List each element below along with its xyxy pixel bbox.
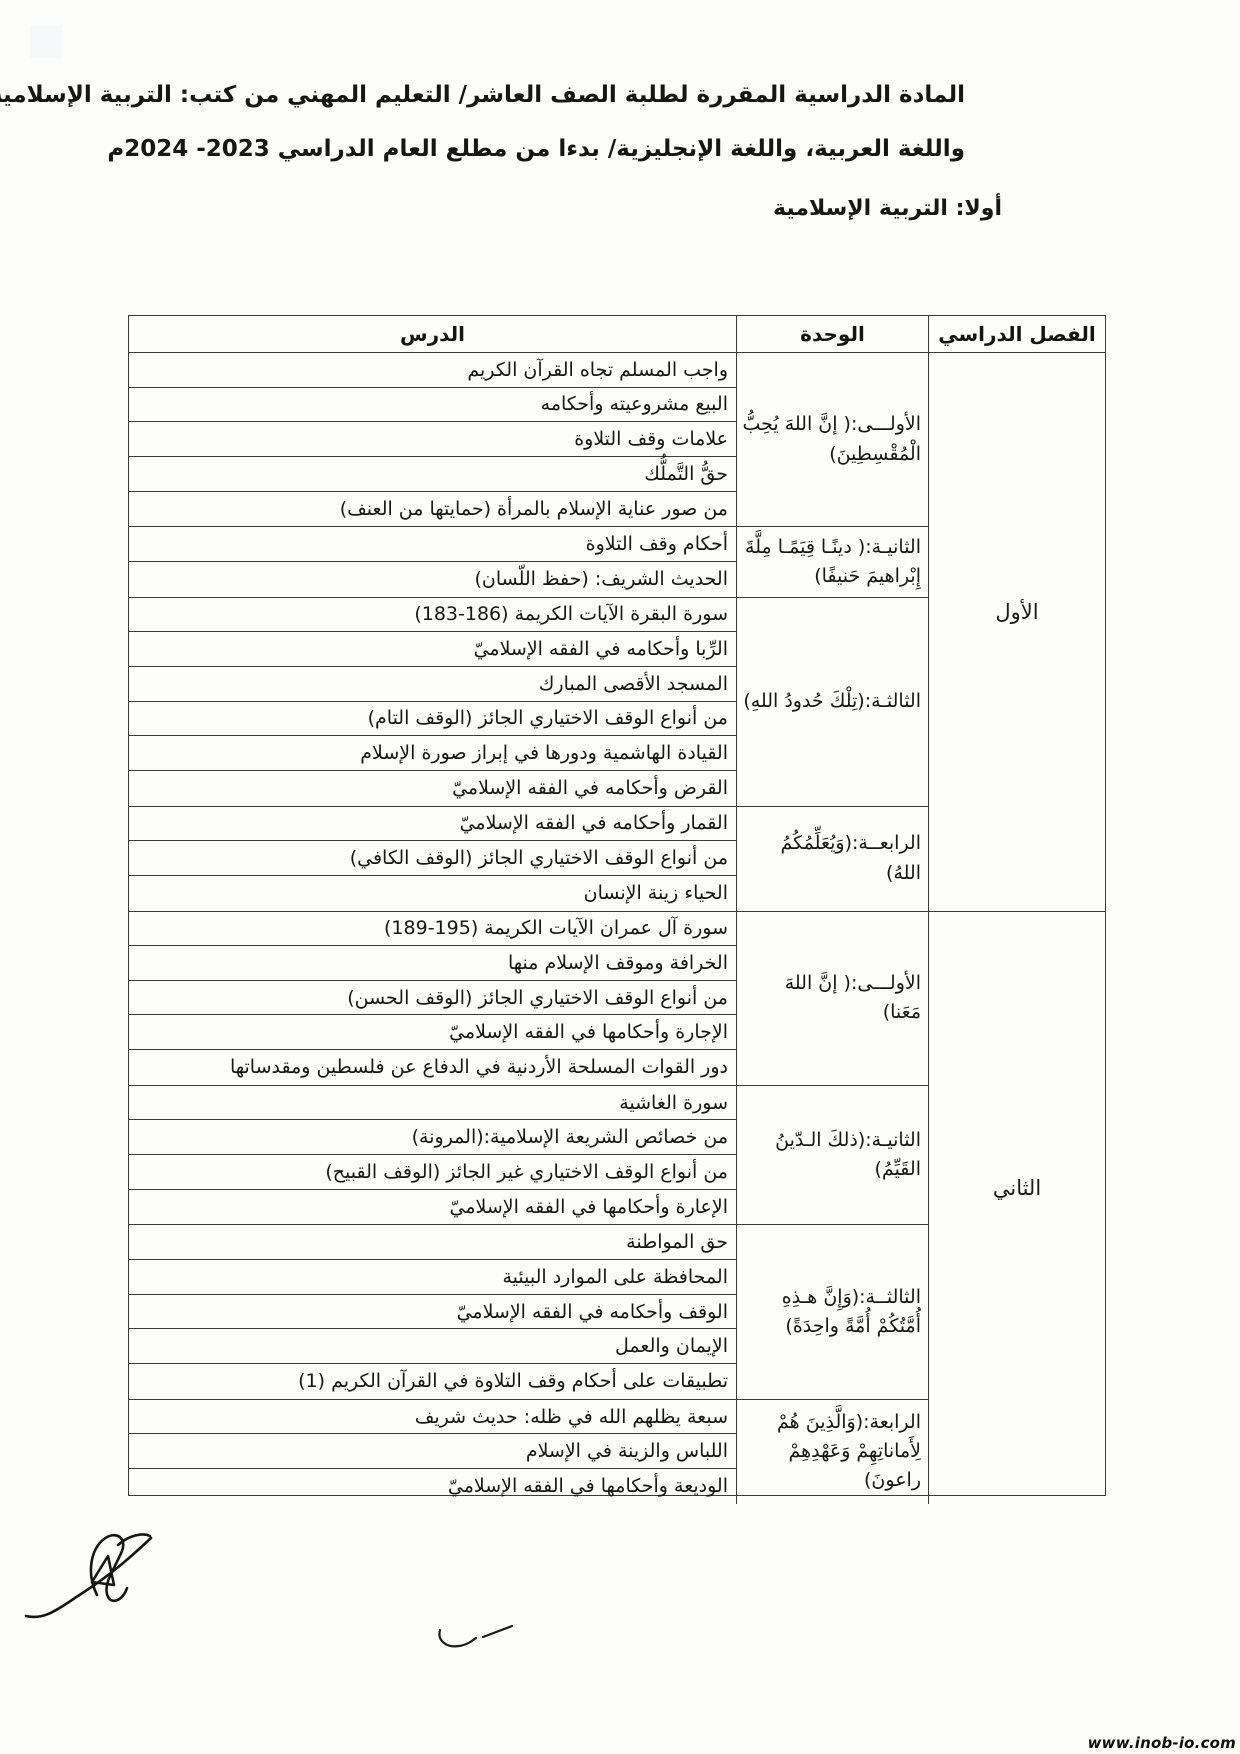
lesson-cell: حق المواطنة (129, 1225, 736, 1260)
lessons-column: سبعة يظلهم الله في ظله: حديث شريفاللباس … (129, 1400, 736, 1504)
unit-block: الثانيـة:(ذلكَ الـدّينُ القَيِّمُ)سورة ا… (129, 1086, 928, 1226)
lesson-cell: من أنواع الوقف الاختياري الجائز (الوقف ا… (129, 841, 736, 876)
semester-block: الثانيالأولـــى:( إنَّ اللهَ مَعَنا)سورة… (129, 912, 1105, 1504)
lesson-cell: الخرافة وموقف الإسلام منها (129, 946, 736, 981)
lesson-cell: من أنواع الوقف الاختياري الجائز (الوقف ا… (129, 981, 736, 1016)
lesson-cell: سبعة يظلهم الله في ظله: حديث شريف (129, 1400, 736, 1435)
column-header-lesson: الدرس (129, 316, 736, 352)
unit-cell: الثانيـة:( دينًـا قِيَمًـا مِلَّةَ إِبْر… (736, 527, 928, 596)
semester-block: الأولالأولـــى:( إنَّ اللهَ يُحِبُّ الْم… (129, 353, 1105, 912)
section-subtitle: أولا: التربية الإسلامية (773, 196, 1002, 221)
lessons-column: سورة آل عمران الآيات الكريمة (195-189)ال… (129, 912, 736, 1085)
unit-block: الرابعــة:(وَيُعَلِّمُكُمُ اللهُ)القمار … (129, 807, 928, 911)
lesson-cell: الحديث الشريف: (حفظ اللّسان) (129, 562, 736, 597)
scan-artifact (30, 26, 62, 58)
unit-cell: الأولـــى:( إنَّ اللهَ مَعَنا) (736, 912, 928, 1085)
pen-mark (439, 1626, 512, 1646)
lesson-cell: سورة آل عمران الآيات الكريمة (195-189) (129, 912, 736, 947)
lessons-column: سورة البقرة الآيات الكريمة (186-183)الرِ… (129, 598, 736, 806)
lessons-column: حق المواطنةالمحافظة على الموارد البيئيةا… (129, 1225, 736, 1398)
scanned-document-page: المادة الدراسية المقررة لطلبة الصف العاش… (0, 0, 1240, 1754)
unit-block: الأولـــى:( إنَّ اللهَ مَعَنا)سورة آل عم… (129, 912, 928, 1086)
table-header-row: الفصل الدراسي الوحدة الدرس (129, 316, 1105, 353)
units-column: الأولـــى:( إنَّ اللهَ مَعَنا)سورة آل عم… (129, 912, 928, 1504)
lesson-cell: تطبيقات على أحكام وقف التلاوة في القرآن … (129, 1364, 736, 1399)
lesson-cell: القرض وأحكامه في الفقه الإسلاميّ (129, 771, 736, 806)
unit-cell: الرابعة:(وَالَّذِينَ هُمْ لِأَماناتِهِمْ… (736, 1400, 928, 1504)
lesson-cell: واجب المسلم تجاه القرآن الكريم (129, 353, 736, 388)
curriculum-table: الفصل الدراسي الوحدة الدرس الأولالأولـــ… (128, 315, 1106, 1496)
unit-block: الأولـــى:( إنَّ اللهَ يُحِبُّ الْمُقْسِ… (129, 353, 928, 527)
lessons-column: واجب المسلم تجاه القرآن الكريمالبيع مشرو… (129, 353, 736, 526)
unit-block: الثالثـة:(تِلْكَ حُدودُ اللهِ)سورة البقر… (129, 598, 928, 807)
lesson-cell: دور القوات المسلحة الأردنية في الدفاع عن… (129, 1050, 736, 1085)
unit-cell: الثالثـة:(تِلْكَ حُدودُ اللهِ) (736, 598, 928, 806)
lesson-cell: أحكام وقف التلاوة (129, 527, 736, 562)
watermark: www.inob-io.com (1088, 1734, 1236, 1752)
lesson-cell: الإيمان والعمل (129, 1329, 736, 1364)
lesson-cell: الإعارة وأحكامها في الفقه الإسلاميّ (129, 1190, 736, 1225)
table-body: الأولالأولـــى:( إنَّ اللهَ يُحِبُّ الْم… (129, 353, 1105, 1504)
unit-cell: الرابعــة:(وَيُعَلِّمُكُمُ اللهُ) (736, 807, 928, 911)
lesson-cell: المحافظة على الموارد البيئية (129, 1260, 736, 1295)
lesson-cell: من أنواع الوقف الاختياري غير الجائز (الو… (129, 1155, 736, 1190)
lesson-cell: من خصائص الشريعة الإسلامية:(المرونة) (129, 1120, 736, 1155)
unit-block: الثانيـة:( دينًـا قِيَمًـا مِلَّةَ إِبْر… (129, 527, 928, 597)
units-column: الأولـــى:( إنَّ اللهَ يُحِبُّ الْمُقْسِ… (129, 353, 928, 911)
unit-cell: الثانيـة:(ذلكَ الـدّينُ القَيِّمُ) (736, 1086, 928, 1225)
title-line-2: واللغة العربية، واللغة الإنجليزية/ بدءا … (170, 138, 965, 161)
lesson-cell: حقُّ التَّملُّك (129, 457, 736, 492)
unit-cell: الثالثــة:(وَإِنَّ هـذِهِ أُمَّتُكُمْ أُ… (736, 1225, 928, 1398)
lesson-cell: البيع مشروعيته وأحكامه (129, 388, 736, 423)
title-line-1: المادة الدراسية المقررة لطلبة الصف العاش… (170, 84, 965, 107)
lesson-cell: سورة الغاشية (129, 1086, 736, 1121)
lesson-cell: القمار وأحكامه في الفقه الإسلاميّ (129, 807, 736, 842)
semester-cell: الثاني (928, 912, 1105, 1504)
semester-cell: الأول (928, 353, 1105, 911)
lessons-column: سورة الغاشيةمن خصائص الشريعة الإسلامية:(… (129, 1086, 736, 1225)
lesson-cell: من أنواع الوقف الاختياري الجائز (الوقف ا… (129, 702, 736, 737)
lessons-column: أحكام وقف التلاوةالحديث الشريف: (حفظ الل… (129, 527, 736, 596)
unit-cell: الأولـــى:( إنَّ اللهَ يُحِبُّ الْمُقْسِ… (736, 353, 928, 526)
lesson-cell: علامات وقف التلاوة (129, 422, 736, 457)
column-header-semester: الفصل الدراسي (928, 316, 1105, 352)
lesson-cell: الحياء زينة الإنسان (129, 876, 736, 911)
lesson-cell: من صور عناية الإسلام بالمرأة (حمايتها من… (129, 492, 736, 527)
unit-block: الثالثــة:(وَإِنَّ هـذِهِ أُمَّتُكُمْ أُ… (129, 1225, 928, 1399)
document-header: المادة الدراسية المقررة لطلبة الصف العاش… (170, 84, 965, 161)
column-header-unit: الوحدة (736, 316, 928, 352)
unit-block: الرابعة:(وَالَّذِينَ هُمْ لِأَماناتِهِمْ… (129, 1400, 928, 1504)
lesson-cell: سورة البقرة الآيات الكريمة (186-183) (129, 598, 736, 633)
lesson-cell: اللباس والزينة في الإسلام (129, 1434, 736, 1469)
lesson-cell: الوديعة وأحكامها في الفقه الإسلاميّ (129, 1469, 736, 1504)
lesson-cell: الرِّبا وأحكامه في الفقه الإسلاميّ (129, 632, 736, 667)
lesson-cell: الوقف وأحكامه في الفقه الإسلاميّ (129, 1295, 736, 1330)
lesson-cell: القيادة الهاشمية ودورها في إبراز صورة ال… (129, 736, 736, 771)
lesson-cell: المسجد الأقصى المبارك (129, 667, 736, 702)
lesson-cell: الإجارة وأحكامها في الفقه الإسلاميّ (129, 1015, 736, 1050)
lessons-column: القمار وأحكامه في الفقه الإسلاميّمن أنوا… (129, 807, 736, 911)
